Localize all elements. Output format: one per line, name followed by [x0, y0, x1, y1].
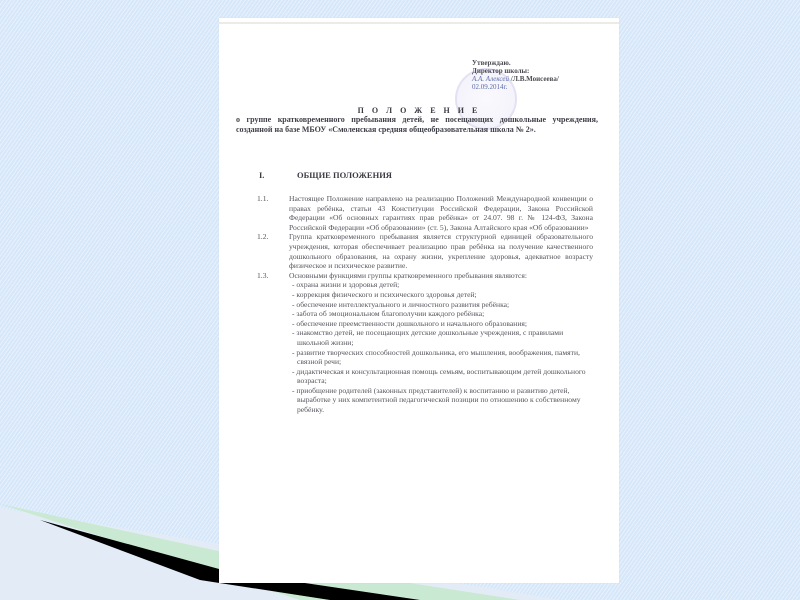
list-item: 1.1. Настоящее Положение направлено на р…: [257, 194, 593, 232]
function-bullet: - охрана жизни и здоровья детей;: [289, 280, 593, 290]
item-number: 1.2.: [257, 232, 268, 242]
director-name: /Л.В.Моисеева/: [511, 75, 559, 83]
item-text: Группа кратковременного пребывания являе…: [289, 232, 593, 270]
function-bullet: - приобщение родителей (законных предста…: [289, 386, 593, 415]
list-item: 1.2. Группа кратковременного пребывания …: [257, 232, 593, 270]
section-number: I.: [259, 170, 297, 180]
function-bullet: - знакомство детей, не посещающих детски…: [289, 328, 593, 347]
document-title: П О Л О Ж Е Н И Е: [219, 106, 619, 115]
section-title: ОБЩИЕ ПОЛОЖЕНИЯ: [297, 170, 392, 180]
scanned-document-page: Утверждаю. Директор школы: А.А. Алексей …: [219, 18, 619, 583]
item-number: 1.3.: [257, 271, 268, 281]
function-bullet: - забота об эмоциональном благополучии к…: [289, 309, 593, 319]
items-list: 1.1. Настоящее Положение направлено на р…: [257, 194, 593, 415]
item-number: 1.1.: [257, 194, 268, 204]
director-label: Директор школы:: [472, 67, 559, 75]
signature: А.А. Алексей: [472, 75, 509, 83]
functions-list: - охрана жизни и здоровья детей; - корре…: [289, 280, 593, 414]
signature-line: А.А. Алексей /Л.В.Моисеева/: [472, 75, 559, 83]
function-bullet: - коррекция физического и психического з…: [289, 290, 593, 300]
document-subtitle: о группе кратковременного пребывания дет…: [236, 115, 598, 134]
function-bullet: - обеспечение интеллектуального и личнос…: [289, 300, 593, 310]
item-text: Основными функциями группы кратковременн…: [289, 271, 593, 281]
approval-date: 02.09.2014г.: [472, 83, 559, 91]
approval-line: Утверждаю.: [472, 59, 559, 67]
function-bullet: - дидактическая и консультационная помощ…: [289, 367, 593, 386]
list-item: 1.3. Основными функциями группы кратковр…: [257, 271, 593, 415]
section-heading: I.ОБЩИЕ ПОЛОЖЕНИЯ: [259, 170, 392, 180]
approval-block: Утверждаю. Директор школы: А.А. Алексей …: [472, 59, 559, 91]
function-bullet: - развитие творческих способностей дошко…: [289, 348, 593, 367]
item-text: Настоящее Положение направлено на реализ…: [289, 194, 593, 232]
function-bullet: - обеспечение преемственности дошкольног…: [289, 319, 593, 329]
scan-edge-line: [219, 22, 619, 24]
